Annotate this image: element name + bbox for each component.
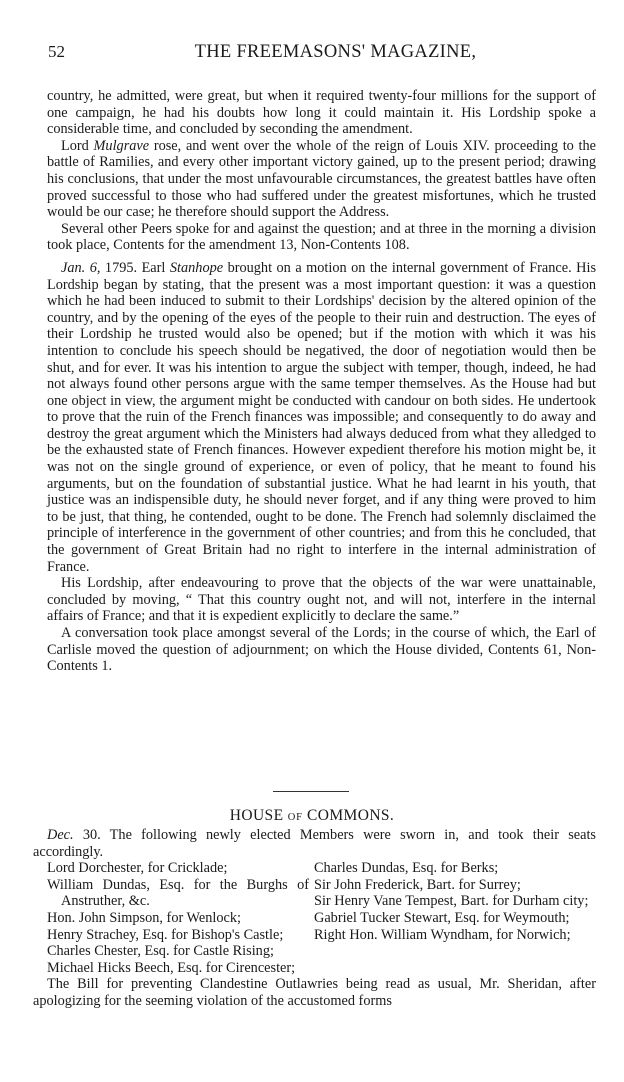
paragraph-closing: The Bill for preventing Clandestine Outl… xyxy=(33,976,596,1009)
magazine-page: 52 THE FREEMASONS' MAGAZINE, country, he… xyxy=(0,0,624,1082)
member-entry: Sir Henry Vane Tempest, Bart. for Durham… xyxy=(314,893,596,910)
member-entry: Michael Hicks Beech, Esq. for Cirenceste… xyxy=(47,960,309,977)
page-header: 52 THE FREEMASONS' MAGAZINE, xyxy=(48,42,593,66)
members-list: Lord Dorchester, for Cricklade; William … xyxy=(47,860,596,976)
member-entry: Lord Dorchester, for Cricklade; xyxy=(47,860,309,877)
paragraph-stanhope: Jan. 6, 1795. Earl Stanhope brought on a… xyxy=(47,260,596,575)
member-entry: Gabriel Tucker Stewart, Esq. for Weymout… xyxy=(314,910,596,927)
members-column-right: Charles Dundas, Esq. for Berks; Sir John… xyxy=(314,860,596,976)
running-title: THE FREEMASONS' MAGAZINE, xyxy=(48,42,593,63)
member-entry: Charles Dundas, Esq. for Berks; xyxy=(314,860,596,877)
member-entry: Sir John Frederick, Bart. for Surrey; xyxy=(314,877,596,894)
paragraph-intro: Dec. 30. The following newly elected Mem… xyxy=(33,827,596,860)
paragraph-division: Several other Peers spoke for and agains… xyxy=(47,221,596,254)
paragraph-motion: His Lordship, after endeavouring to prov… xyxy=(47,575,596,625)
member-entry: Right Hon. William Wyndham, for Norwich; xyxy=(314,927,596,944)
paragraph-adjournment: A conversation took place amongst severa… xyxy=(47,625,596,675)
member-entry: Hon. John Simpson, for Wenlock; xyxy=(47,910,309,927)
house-of-lords-report: country, he admitted, were great, but wh… xyxy=(47,88,596,675)
house-of-commons-report: Dec. 30. The following newly elected Mem… xyxy=(33,827,596,1010)
date: Dec. xyxy=(47,827,74,843)
member-entry: Charles Chester, Esq. for Castle Rising; xyxy=(47,943,309,960)
member-entry: Henry Strachey, Esq. for Bishop's Castle… xyxy=(47,927,309,944)
section-divider xyxy=(273,791,349,792)
section-heading: HOUSE OF COMMONS. xyxy=(0,807,624,825)
date: Jan. 6, xyxy=(61,260,100,276)
paragraph: country, he admitted, were great, but wh… xyxy=(47,88,596,138)
italic-name: Mulgrave xyxy=(94,138,150,154)
member-entry: William Dundas, Esq. for the Burghs of A… xyxy=(47,877,309,910)
paragraph-mulgrave: Lord Mulgrave rose, and went over the wh… xyxy=(47,138,596,221)
italic-name: Stanhope xyxy=(170,260,223,276)
members-column-left: Lord Dorchester, for Cricklade; William … xyxy=(47,860,309,976)
